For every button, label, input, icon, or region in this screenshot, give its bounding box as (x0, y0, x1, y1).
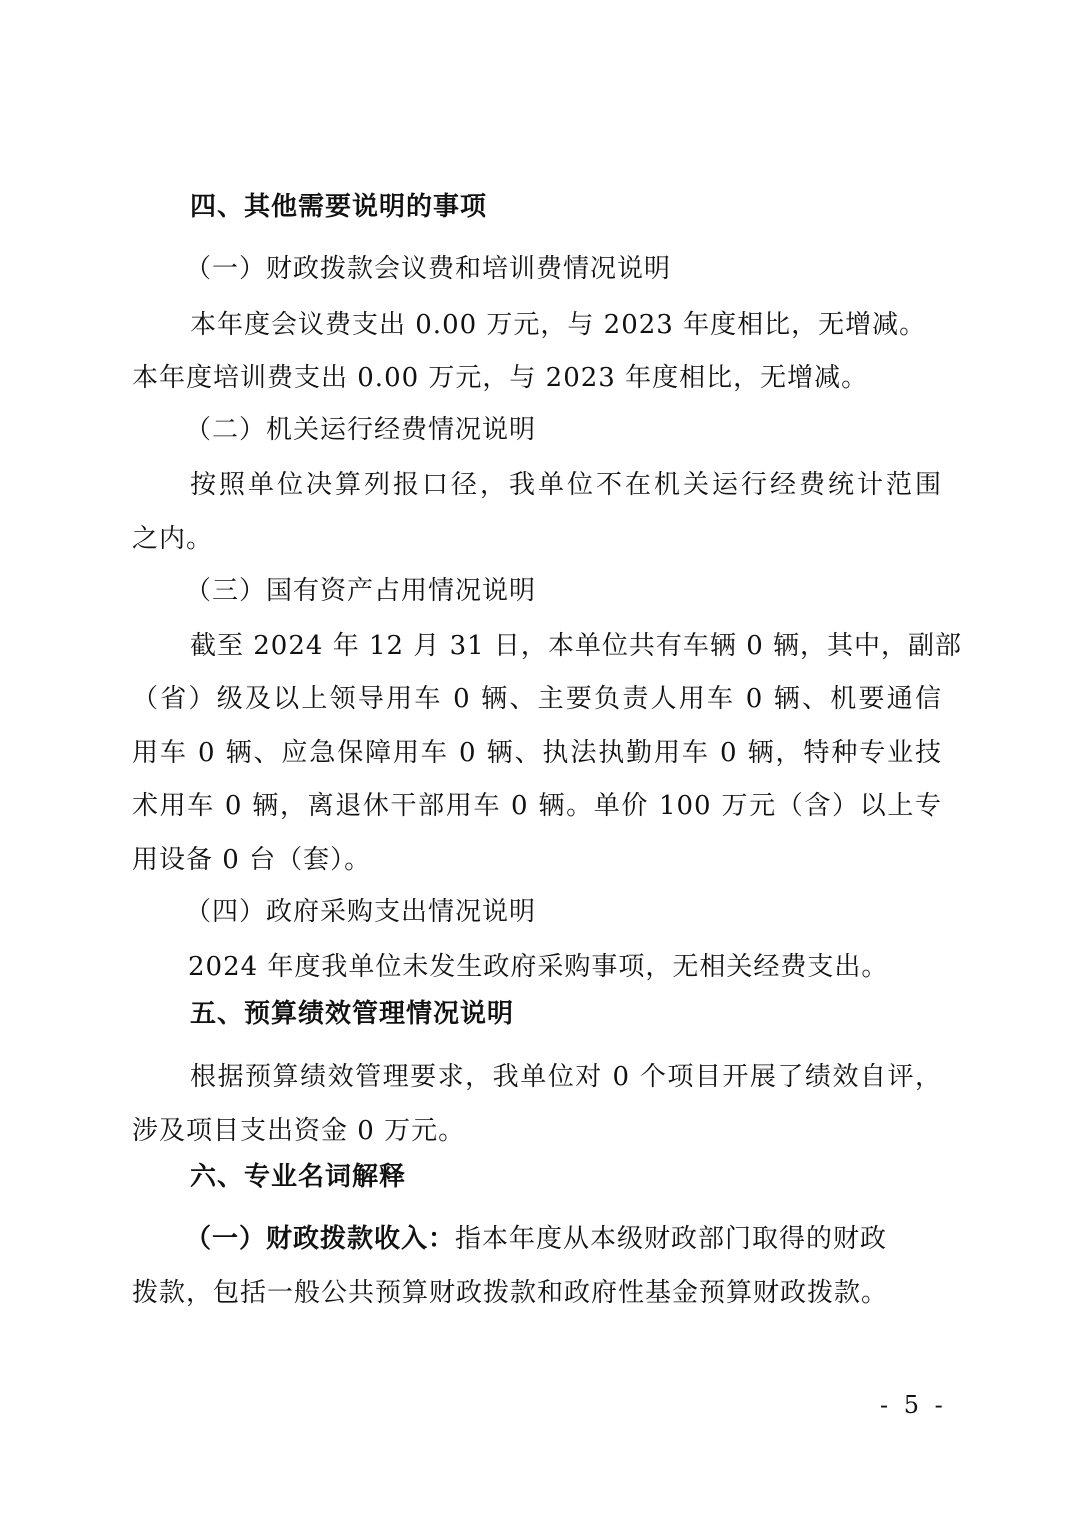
section-heading-4: 四、其他需要说明的事项 (190, 190, 487, 224)
paragraph-line: 用车 0 辆、应急保障用车 0 辆、执法执勤用车 0 辆，特种专业技 (132, 736, 942, 770)
subsection-heading-operating-expenses: （二）机关运行经费情况说明 (185, 413, 536, 447)
subsection-heading-state-assets: （三）国有资产占用情况说明 (185, 574, 536, 608)
paragraph-line: 之内。 (132, 522, 213, 556)
paragraph-line: 根据预算绩效管理要求，我单位对 0 个项目开展了绩效自评， (190, 1060, 942, 1094)
paragraph-line: 2024 年度我单位未发生政府采购事项，无相关经费支出。 (188, 950, 888, 984)
subsection-heading-meeting-training: （一）财政拨款会议费和培训费情况说明 (185, 252, 671, 286)
term-label: （一）财政拨款收入： (185, 1224, 455, 1254)
section-heading-5: 五、预算绩效管理情况说明 (190, 997, 514, 1031)
paragraph-line: 本年度会议费支出 0.00 万元，与 2023 年度相比，无增减。 (190, 308, 926, 342)
paragraph-line: （省）级及以上领导用车 0 辆、主要负责人用车 0 辆、机要通信 (132, 682, 942, 716)
section-heading-6: 六、专业名词解释 (190, 1160, 406, 1194)
paragraph-line: 按照单位决算列报口径，我单位不在机关运行经费统计范围 (190, 468, 942, 502)
subsection-heading-procurement: （四）政府采购支出情况说明 (185, 895, 536, 929)
page-number: - 5 - (880, 1390, 947, 1420)
paragraph-line: 用设备 0 台（套）。 (132, 843, 371, 877)
paragraph-line: 本年度培训费支出 0.00 万元，与 2023 年度相比，无增减。 (132, 361, 868, 395)
paragraph-line: 涉及项目支出资金 0 万元。 (132, 1114, 465, 1148)
paragraph-line: 拨款，包括一般公共预算财政拨款和政府性基金预算财政拨款。 (132, 1276, 888, 1310)
term-definition: 指本年度从本级财政部门取得的财政 (455, 1224, 887, 1254)
paragraph-line: 截至 2024 年 12 月 31 日，本单位共有车辆 0 辆，其中，副部 (190, 629, 942, 663)
term-definition-line: （一）财政拨款收入：指本年度从本级财政部门取得的财政 (185, 1222, 887, 1256)
paragraph-line: 术用车 0 辆，离退休干部用车 0 辆。单价 100 万元（含）以上专 (132, 789, 942, 823)
